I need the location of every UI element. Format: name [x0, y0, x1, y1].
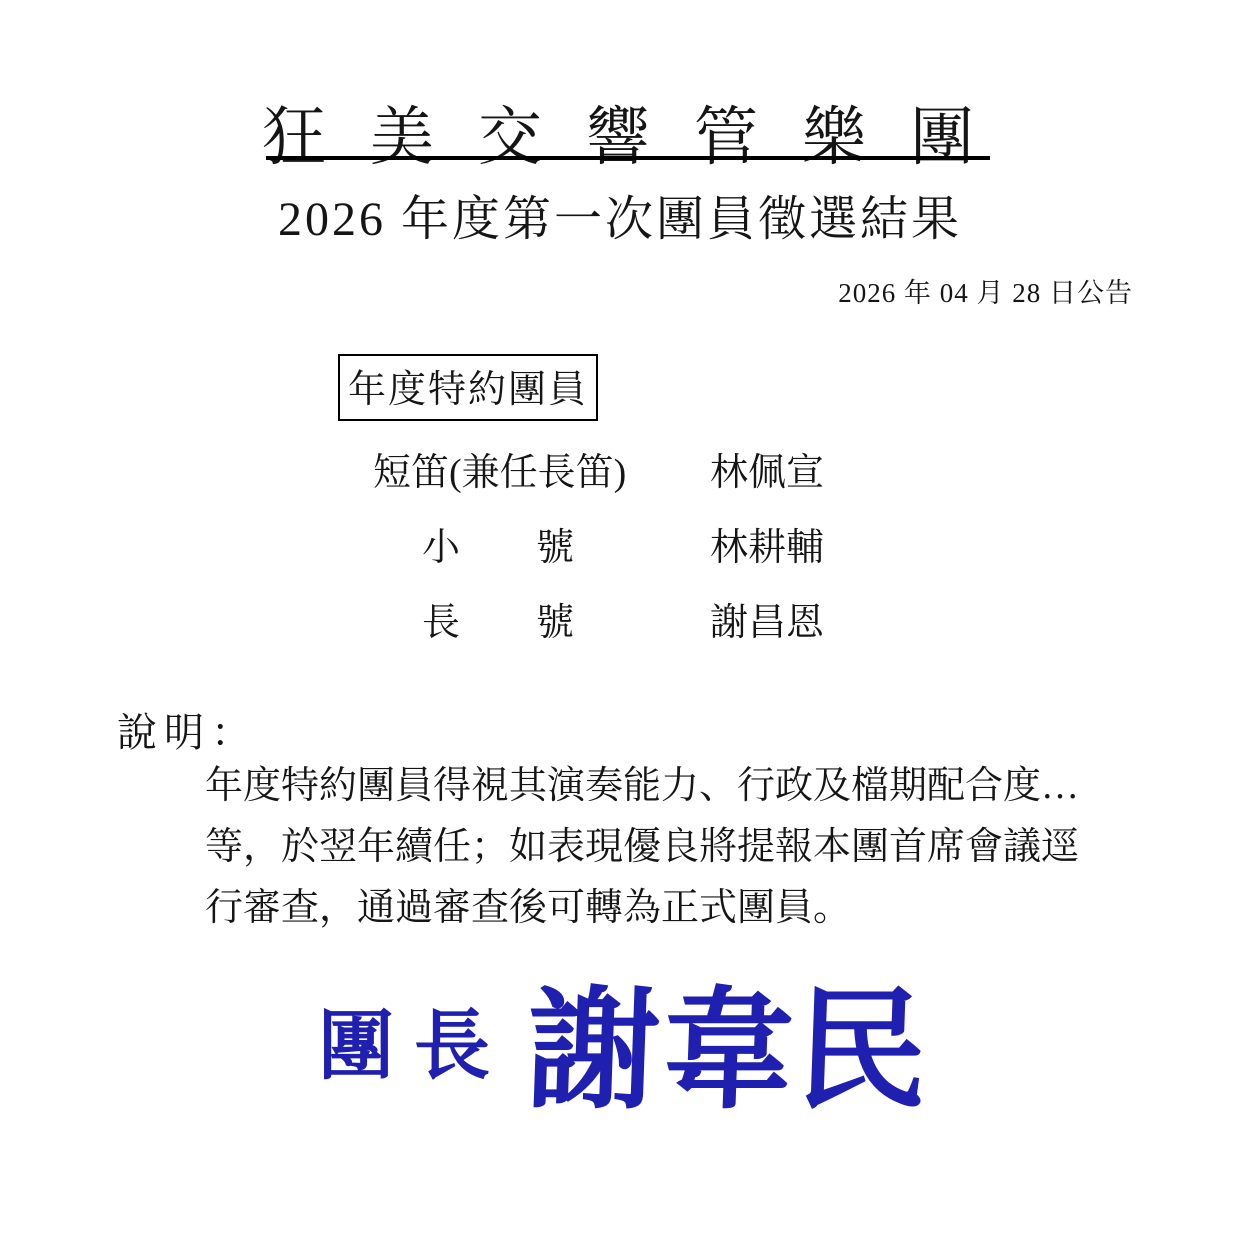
member-name: 林耕輔 — [710, 516, 824, 571]
instrument-label: 小 號 — [373, 516, 623, 571]
section-label-box: 年度特約團員 — [338, 354, 598, 421]
instrument-label: 短笛(兼任長笛) — [373, 441, 623, 496]
notes-paragraph: 年度特約團員得視其演奏能力、行政及檔期配合度… 等，於翌年續任；如表現優良將提報… — [205, 756, 1079, 939]
page-subtitle: 2026 年度第一次團員徵選結果 — [0, 180, 1240, 249]
notes-label: 說明： — [117, 701, 258, 758]
title-underline-divider — [266, 156, 990, 160]
document-page: 狂美交響管樂團 2026 年度第一次團員徵選結果 2026 年 04 月 28 … — [0, 0, 1240, 1240]
member-name: 林佩宣 — [710, 441, 824, 496]
member-row: 小 號 林耕輔 — [0, 516, 1240, 564]
signature-block: 團長 謝韋民 — [318, 956, 930, 1122]
notes-line: 等，於翌年續任；如表現優良將提報本團首席會議逕 — [205, 817, 1079, 878]
member-row: 長 號 謝昌恩 — [0, 591, 1240, 639]
signature-role-label: 團長 — [318, 985, 510, 1094]
page-title: 狂美交響管樂團 — [0, 86, 1240, 178]
member-row: 短笛(兼任長笛) 林佩宣 — [0, 441, 1240, 489]
announcement-date: 2026 年 04 月 28 日公告 — [838, 271, 1133, 310]
member-name: 謝昌恩 — [710, 591, 824, 646]
instrument-label: 長 號 — [373, 591, 623, 646]
notes-line: 行審查，通過審查後可轉為正式團員。 — [205, 878, 1079, 939]
notes-line: 年度特約團員得視其演奏能力、行政及檔期配合度… — [205, 756, 1079, 817]
signature-name: 謝韋民 — [525, 944, 934, 1134]
